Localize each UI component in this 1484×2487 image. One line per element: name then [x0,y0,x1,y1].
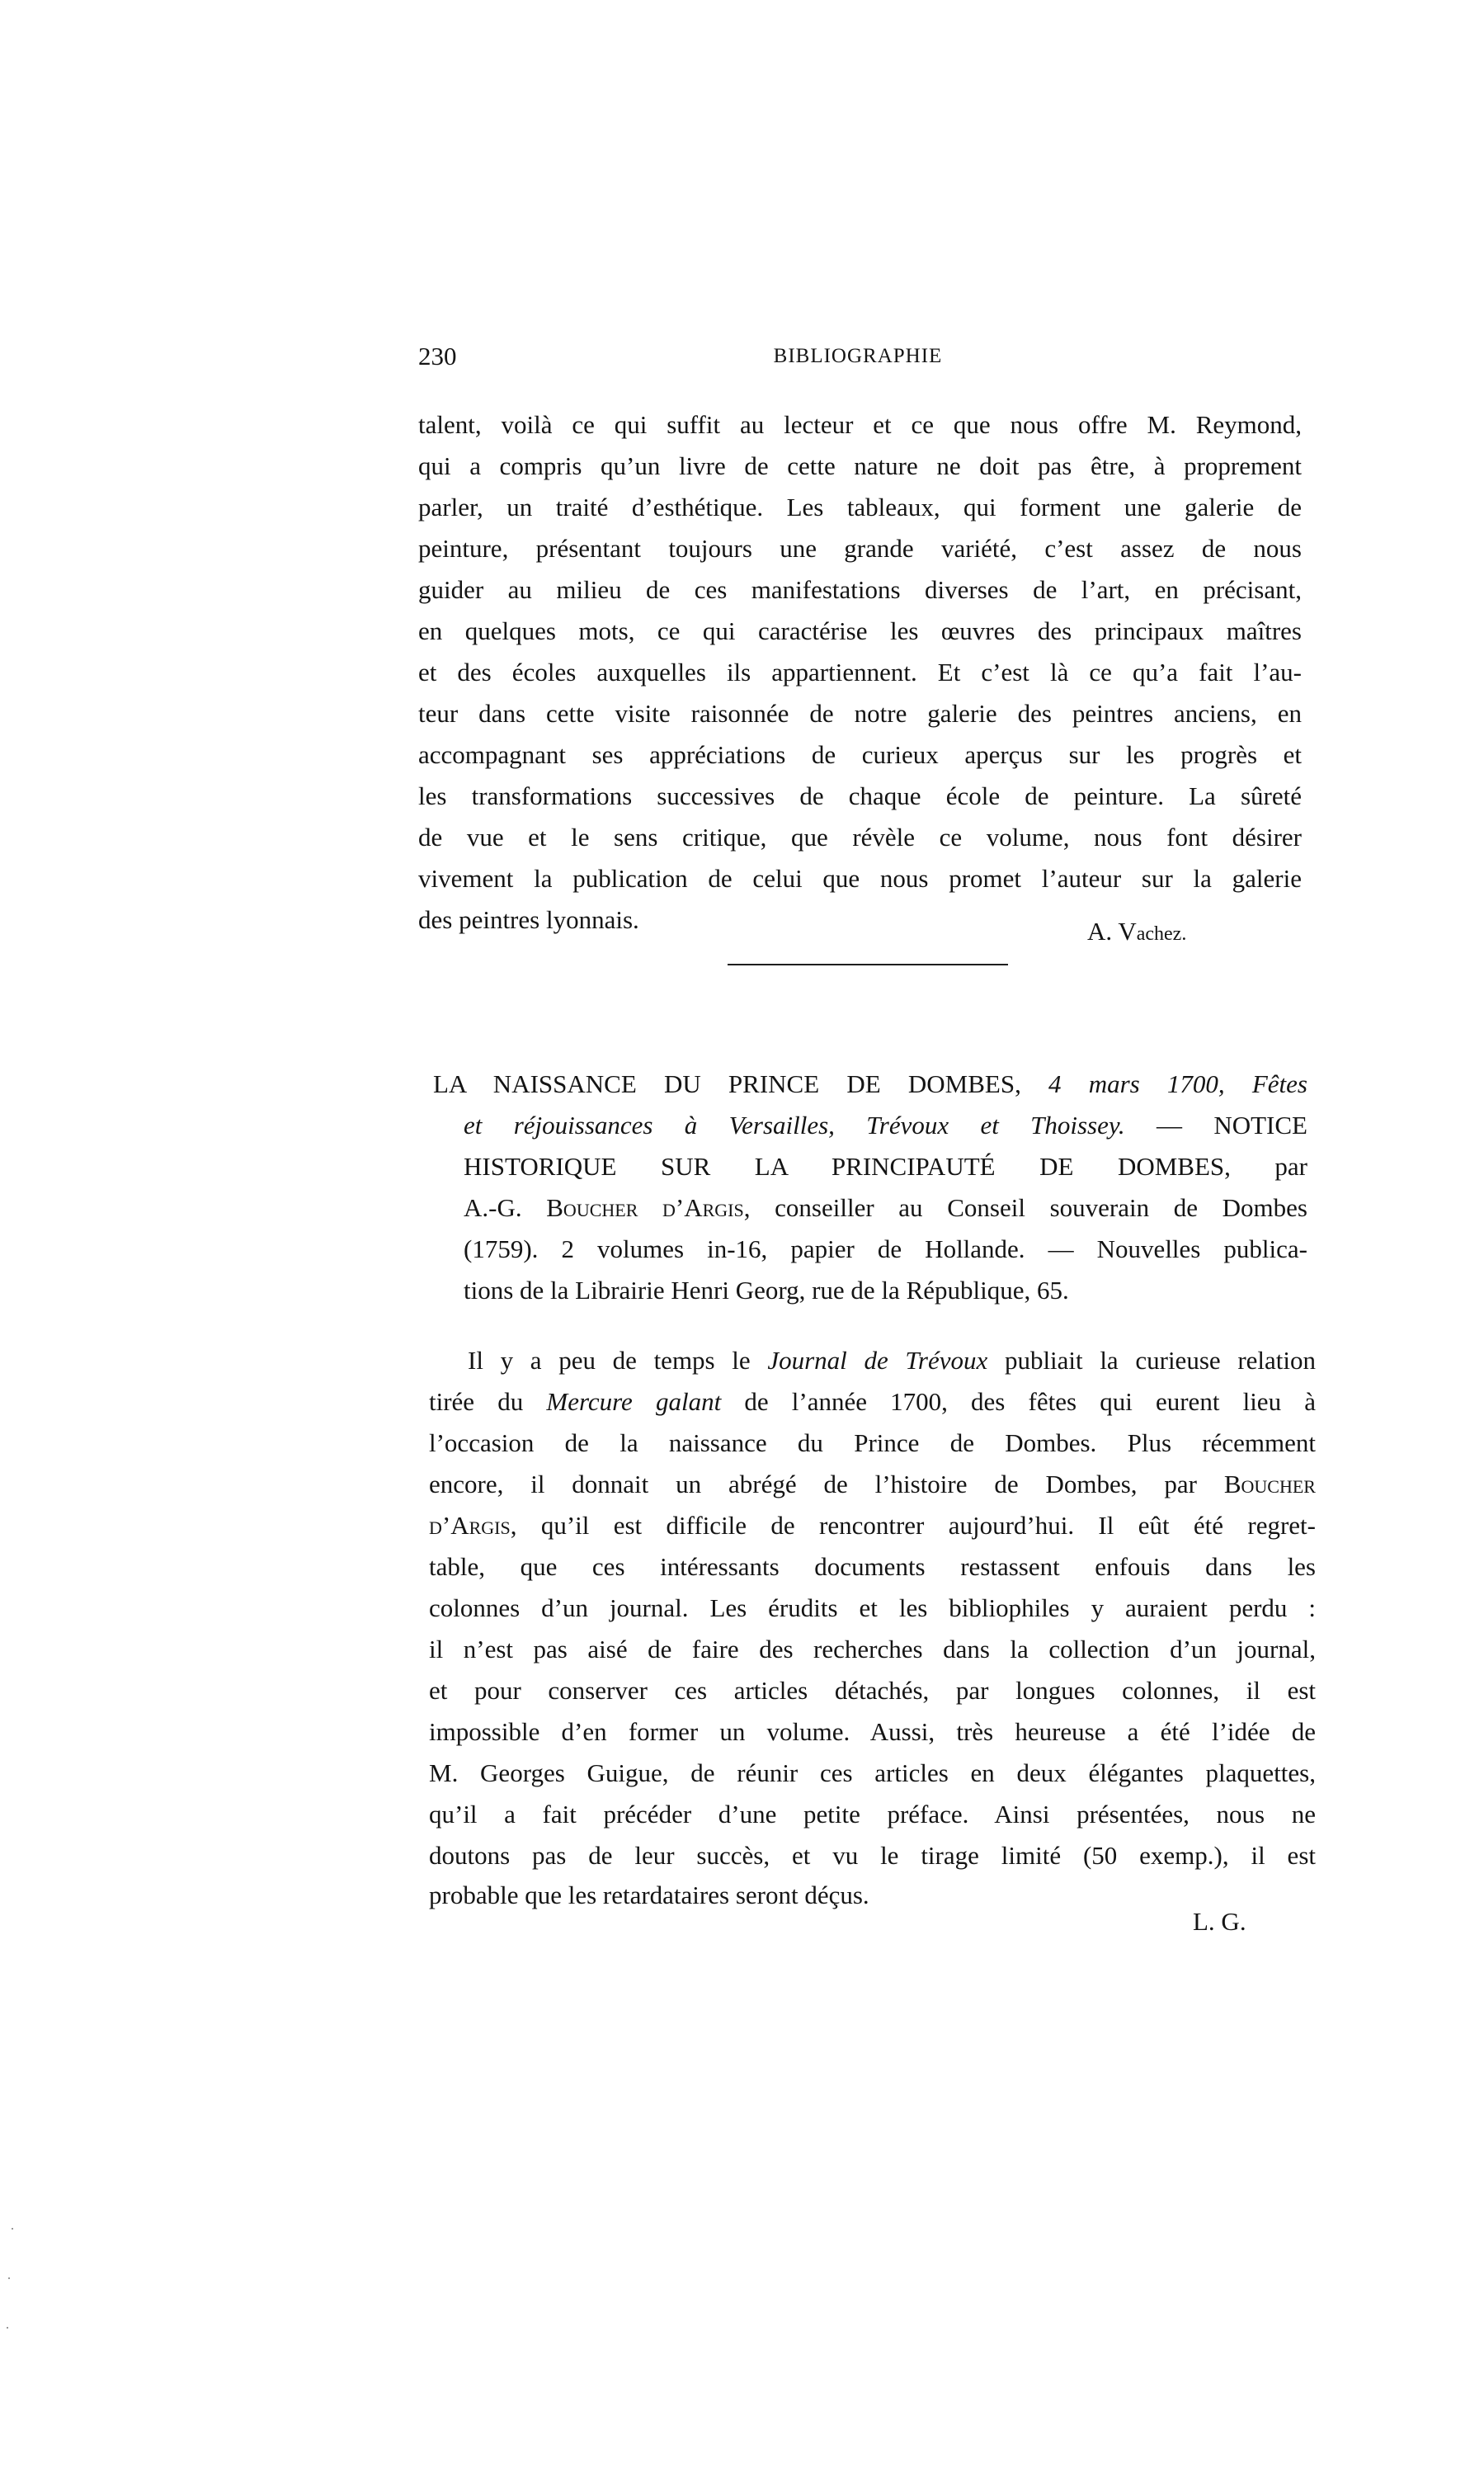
title-line: LA NAISSANCE DU PRINCE DE DOMBES, 4 mars… [433,1064,1307,1105]
text-line: et pour conserver ces articles détachés,… [429,1670,1316,1711]
text-line: des peintres lyonnais. [418,899,639,941]
author-name: Boucher d’Argis [546,1193,744,1222]
title-line: A.-G. Boucher d’Argis, conseiller au Con… [464,1187,1307,1229]
text-line: vivement la publication de celui que nou… [418,858,1302,899]
text-line: de vue et le sens critique, que révèle c… [418,817,1302,858]
title-roman: — NOTICE [1125,1111,1307,1140]
section-divider [728,964,1008,965]
text-line: qui a compris qu’un livre de cette natur… [418,446,1302,487]
text-line: l’occasion de la naissance du Prince de … [429,1423,1316,1464]
signature-initial: A. V [1087,917,1137,946]
journal-title: Mercure galant [546,1387,721,1416]
author-initials: A.-G. [464,1193,546,1222]
scan-speck [7,2327,8,2329]
page-number: 230 [418,340,457,373]
signature-rest: achez. [1137,923,1187,945]
text-line: impossible d’en former un volume. Aussi,… [429,1711,1316,1753]
text-line: table, que ces intéressants documents re… [429,1546,1316,1588]
journal-title: Journal de Trévoux [767,1346,987,1375]
text-run: Il y a peu de temps le [468,1346,767,1375]
text-line: colonnes d’un journal. Les érudits et le… [429,1588,1316,1629]
text-line: parler, un traité d’esthétique. Les tabl… [418,487,1302,528]
text-line: il n’est pas aisé de faire des recherche… [429,1629,1316,1670]
running-head: BIBLIOGRAPHIE [756,342,959,371]
text-run: , qu’il est difficile de rencontrer aujo… [511,1511,1316,1540]
title-italic: 4 mars 1700, Fêtes [1048,1069,1307,1098]
text-line: les transformations successives de chaqu… [418,776,1302,817]
text-line: qu’il a fait précéder d’une petite préfa… [429,1794,1316,1835]
text-line: doutons pas de leur succès, et vu le tir… [429,1835,1316,1876]
author-signature: L. G. [1193,1901,1246,1942]
text-line: peinture, présentant toujours une grande… [418,528,1302,569]
text-line: Il y a peu de temps le Journal de Trévou… [468,1340,1316,1381]
scan-speck [12,2228,13,2230]
text-line: probable que les retardataires seront dé… [429,1875,869,1916]
text-run: tirée du [429,1387,546,1416]
title-line: tions de la Librairie Henri Georg, rue d… [464,1270,1069,1311]
title-italic: et réjouissances à Versailles, Trévoux e… [464,1111,1125,1140]
text-line: teur dans cette visite raisonnée de notr… [418,693,1302,734]
author-role: , conseiller au Conseil souverain de Dom… [744,1193,1307,1222]
text-line: accompagnant ses appréciations de curieu… [418,734,1302,776]
text-line: en quelques mots, ce qui caractérise les… [418,611,1302,652]
text-line: d’Argis, qu’il est difficile de rencontr… [429,1505,1316,1546]
text-line: guider au milieu de ces manifestations d… [418,569,1302,611]
author-signature: A. Vachez. [1087,911,1186,955]
text-run: de l’année 1700, des fêtes qui eurent li… [721,1387,1316,1416]
title-line: et réjouissances à Versailles, Trévoux e… [464,1105,1307,1146]
title-roman: LA NAISSANCE DU PRINCE DE DOMBES, [433,1069,1048,1098]
scan-speck [8,2277,10,2279]
text-line: tirée du Mercure galant de l’année 1700,… [429,1381,1316,1423]
author-name: Boucher [1224,1470,1316,1498]
text-run: publiait la curieuse relation [987,1346,1316,1375]
text-line: encore, il donnait un abrégé de l’histoi… [429,1464,1316,1505]
text-run: encore, il donnait un abrégé de l’histoi… [429,1470,1224,1498]
text-line: talent, voilà ce qui suffit au lecteur e… [418,404,1302,446]
text-line: et des écoles auxquelles ils appartienne… [418,652,1302,693]
author-name: d’Argis [429,1511,511,1540]
text-line: M. Georges Guigue, de réunir ces article… [429,1753,1316,1794]
title-line: HISTORIQUE SUR LA PRINCIPAUTÉ DE DOMBES,… [464,1146,1307,1187]
title-line: (1759). 2 volumes in-16, papier de Holla… [464,1229,1307,1270]
